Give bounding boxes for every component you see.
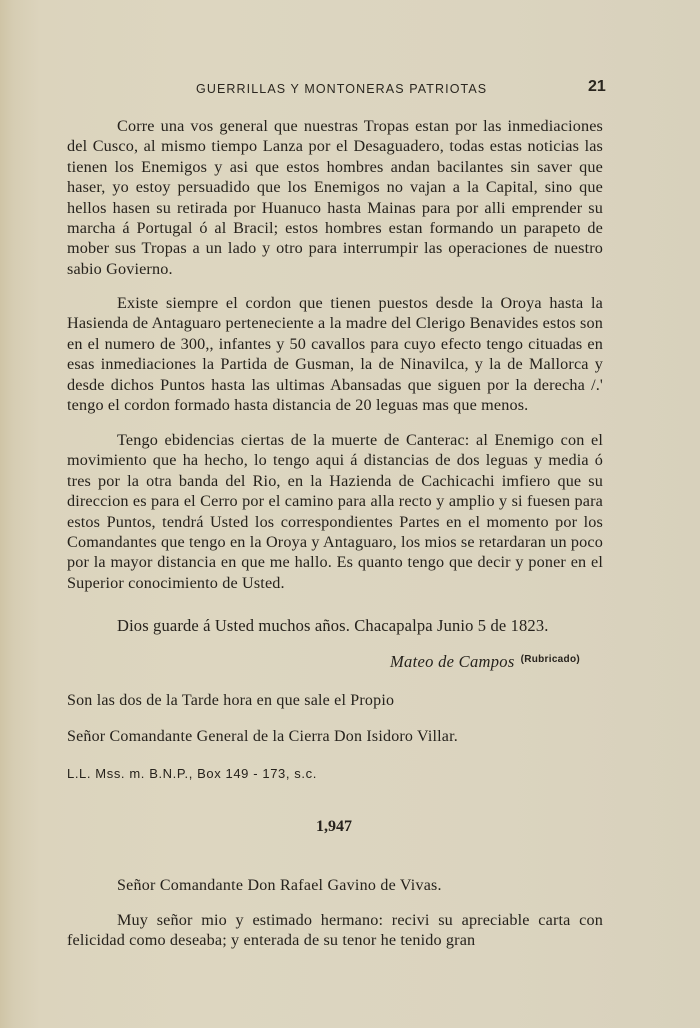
- document-number: 1,947: [316, 818, 352, 836]
- signature-name: Mateo de Campos: [390, 652, 515, 671]
- paragraph-text: Corre una vos general que nuestras Tropa…: [67, 116, 603, 279]
- letter1-closing: Dios guarde á Usted muchos años. Chacapa…: [117, 616, 549, 636]
- letter1-signature: Mateo de Campos(Rubricado): [390, 652, 580, 672]
- letter1-paragraph-2: Existe siempre el cordon que tienen pues…: [67, 293, 603, 415]
- page-number: 21: [588, 78, 606, 96]
- paragraph-text: Existe siempre el cordon que tienen pues…: [67, 293, 603, 415]
- source-reference: L.L. Mss. m. B.N.P., Box 149 - 173, s.c.: [67, 766, 317, 781]
- letter1-paragraph-1: Corre una vos general que nuestras Tropa…: [67, 116, 603, 279]
- signature-note: (Rubricado): [521, 654, 580, 665]
- book-page: GUERRILLAS Y MONTONERAS PATRIOTAS 21 Cor…: [0, 0, 700, 1028]
- paragraph-text: Muy señor mio y estimado hermano: recivi…: [67, 910, 603, 951]
- letter1-paragraph-3: Tengo ebidencias ciertas de la muerte de…: [67, 430, 603, 593]
- paragraph-text: Tengo ebidencias ciertas de la muerte de…: [67, 430, 603, 593]
- letter1-postscript: Son las dos de la Tarde hora en que sale…: [67, 692, 394, 710]
- letter1-addressee: Señor Comandante General de la Cierra Do…: [67, 728, 458, 746]
- running-title: GUERRILLAS Y MONTONERAS PATRIOTAS: [196, 82, 487, 96]
- letter2-addressee: Señor Comandante Don Rafael Gavino de Vi…: [117, 877, 442, 895]
- letter2-paragraph-1: Muy señor mio y estimado hermano: recivi…: [67, 910, 603, 951]
